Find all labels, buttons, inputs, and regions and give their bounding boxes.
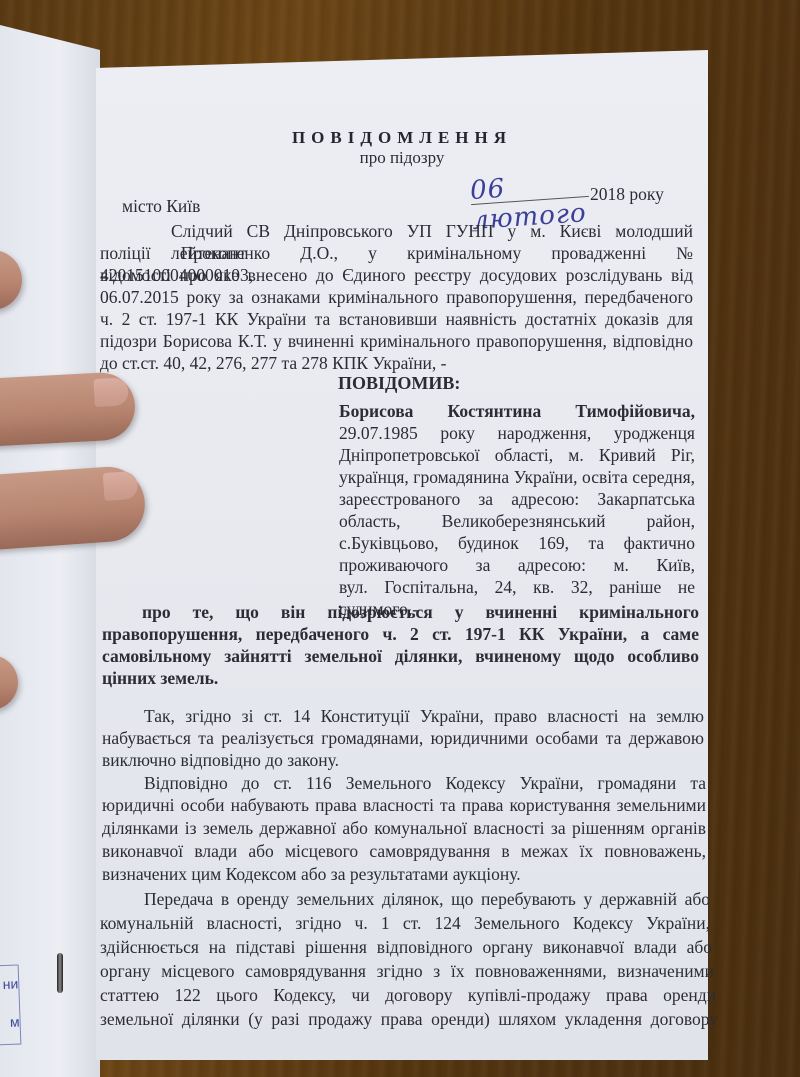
fingernail bbox=[103, 471, 139, 501]
intro-line: відомості про яке внесено до Єдиного реє… bbox=[100, 264, 693, 286]
suspicion-line: про те, що він підозрюється у вчиненні к… bbox=[142, 601, 699, 623]
intro-line: до ст.ст. 40, 42, 276, 277 та 278 КПК Ук… bbox=[100, 352, 447, 374]
left-page: ни м bbox=[0, 25, 100, 1077]
document-body: ПОВІДОМЛЕННЯ про підозру місто Київ 06 л… bbox=[96, 50, 708, 1060]
notified-heading: ПОВІДОМИВ: bbox=[338, 372, 460, 394]
intro-line: ч. 2 ст. 197-1 КК України та встановивши… bbox=[100, 308, 693, 330]
stamp-text-1: ни bbox=[0, 976, 19, 993]
fingernail bbox=[93, 377, 128, 407]
finger bbox=[0, 371, 137, 447]
city: місто Київ bbox=[122, 195, 200, 217]
paragraph-line: Відповідно до ст. 116 Земельного Кодексу… bbox=[144, 772, 706, 794]
paragraph-line: юридичні особи набувають права власності… bbox=[102, 794, 706, 816]
suspect-line: вул. Госпітальна, 24, кв. 32, раніше не bbox=[339, 576, 695, 598]
paragraph-line: визначених цим Кодексом або за результат… bbox=[102, 863, 521, 885]
suspect-line: проживаючого за адресою: м. Київ, bbox=[339, 554, 695, 576]
handwritten-date: 06 лютого bbox=[469, 168, 589, 205]
suspect-line: с.Буківцьово, будинок 169, та фактично bbox=[339, 532, 695, 554]
suspect-line: українця, громадянина України, освіта се… bbox=[339, 466, 695, 488]
document-page: ПОВІДОМЛЕННЯ про підозру місто Київ 06 л… bbox=[96, 50, 708, 1060]
stamp-text-2: м bbox=[0, 1014, 20, 1031]
suspicion-line: самовільному зайнятті земельної ділянки,… bbox=[102, 645, 699, 667]
paragraph-line: набувається та реалізується громадянами,… bbox=[102, 727, 704, 749]
suspicion-line: цінних земель. bbox=[102, 667, 218, 689]
paragraph-line: органу місцевого самоврядування згідно з… bbox=[100, 960, 714, 982]
paragraph-line: комунальній власності, згідно ч. 1 ст. 1… bbox=[100, 912, 710, 934]
intro-line: підозри Борисова К.Т. у вчиненні криміна… bbox=[100, 330, 693, 352]
paragraph-line: виключно відповідно до закону. bbox=[102, 749, 339, 771]
document-title: ПОВІДОМЛЕННЯ bbox=[96, 128, 708, 148]
suspect-line: зареєстрованого за адресою: Закарпатська bbox=[339, 488, 695, 510]
suspect-name: Борисова Костянтина Тимофійовича, bbox=[339, 400, 695, 422]
paragraph-line: Так, згідно зі ст. 14 Конституції Україн… bbox=[144, 705, 704, 727]
staple bbox=[57, 953, 63, 993]
document-subtitle: про підозру bbox=[96, 148, 708, 168]
paragraph-line: виконавчої влади або місцевого самовряду… bbox=[102, 840, 706, 862]
suspicion-line: правопорушення, передбаченого ч. 2 ст. 1… bbox=[102, 623, 699, 645]
date-year: 2018 року bbox=[590, 183, 664, 205]
suspect-line: область, Великоберезнянський район, bbox=[339, 510, 695, 532]
paragraph-line: ділянками із земель державної або комуна… bbox=[102, 817, 706, 839]
paragraph-line: Передача в оренду земельних ділянок, що … bbox=[144, 888, 710, 910]
blue-stamp: ни м bbox=[0, 965, 21, 1046]
intro-line: 06.07.2015 року за ознаками кримінальног… bbox=[100, 286, 693, 308]
suspect-line: Дніпропетровської області, м. Кривий Ріг… bbox=[339, 444, 695, 466]
paragraph-line: статтею 122 цього Кодексу, чи договору к… bbox=[100, 984, 716, 1006]
suspect-line: 29.07.1985 року народження, уродженця bbox=[339, 422, 695, 444]
paragraph-line: здійснюється на підставі рішення відпові… bbox=[100, 936, 712, 958]
paragraph-line: земельної ділянки (у разі продажу права … bbox=[100, 1008, 718, 1030]
